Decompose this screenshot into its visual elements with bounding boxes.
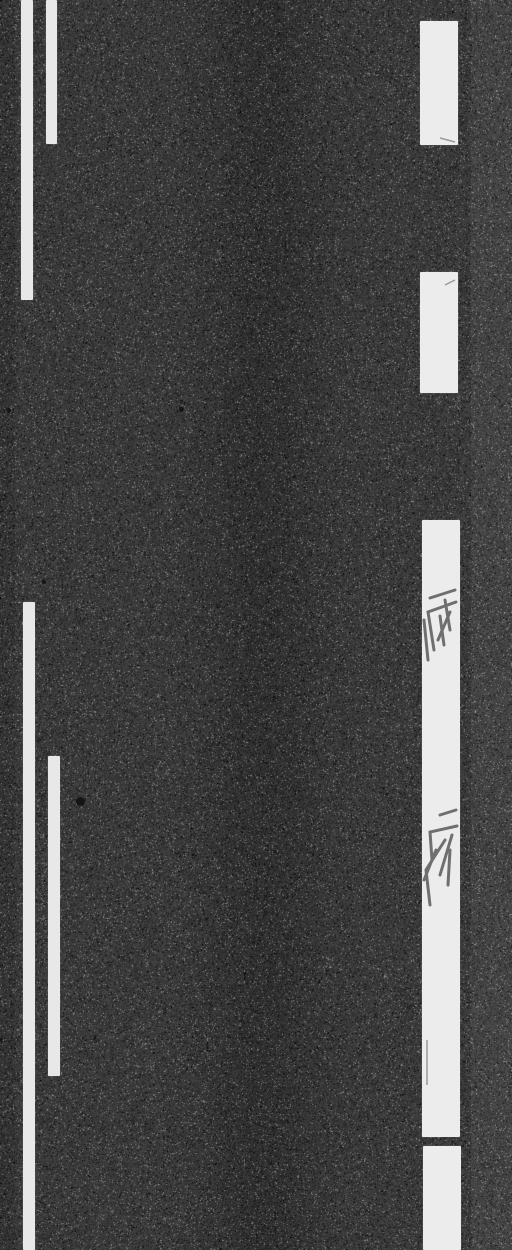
right-dash-1: [420, 21, 458, 145]
asphalt-stain: [179, 407, 184, 412]
road-scene: [0, 0, 512, 1250]
asphalt-stain: [7, 408, 11, 413]
left-inner-line-top: [46, 0, 57, 144]
left-inner-line-bottom: [48, 756, 60, 1076]
right-dash-3: [422, 520, 460, 1137]
left-edge-line-bottom: [23, 602, 35, 1250]
right-dash-4: [423, 1146, 461, 1250]
asphalt-stain: [76, 797, 85, 806]
left-edge-line-top: [21, 0, 33, 300]
right-dash-2: [420, 272, 458, 393]
asphalt-stain: [42, 580, 46, 584]
